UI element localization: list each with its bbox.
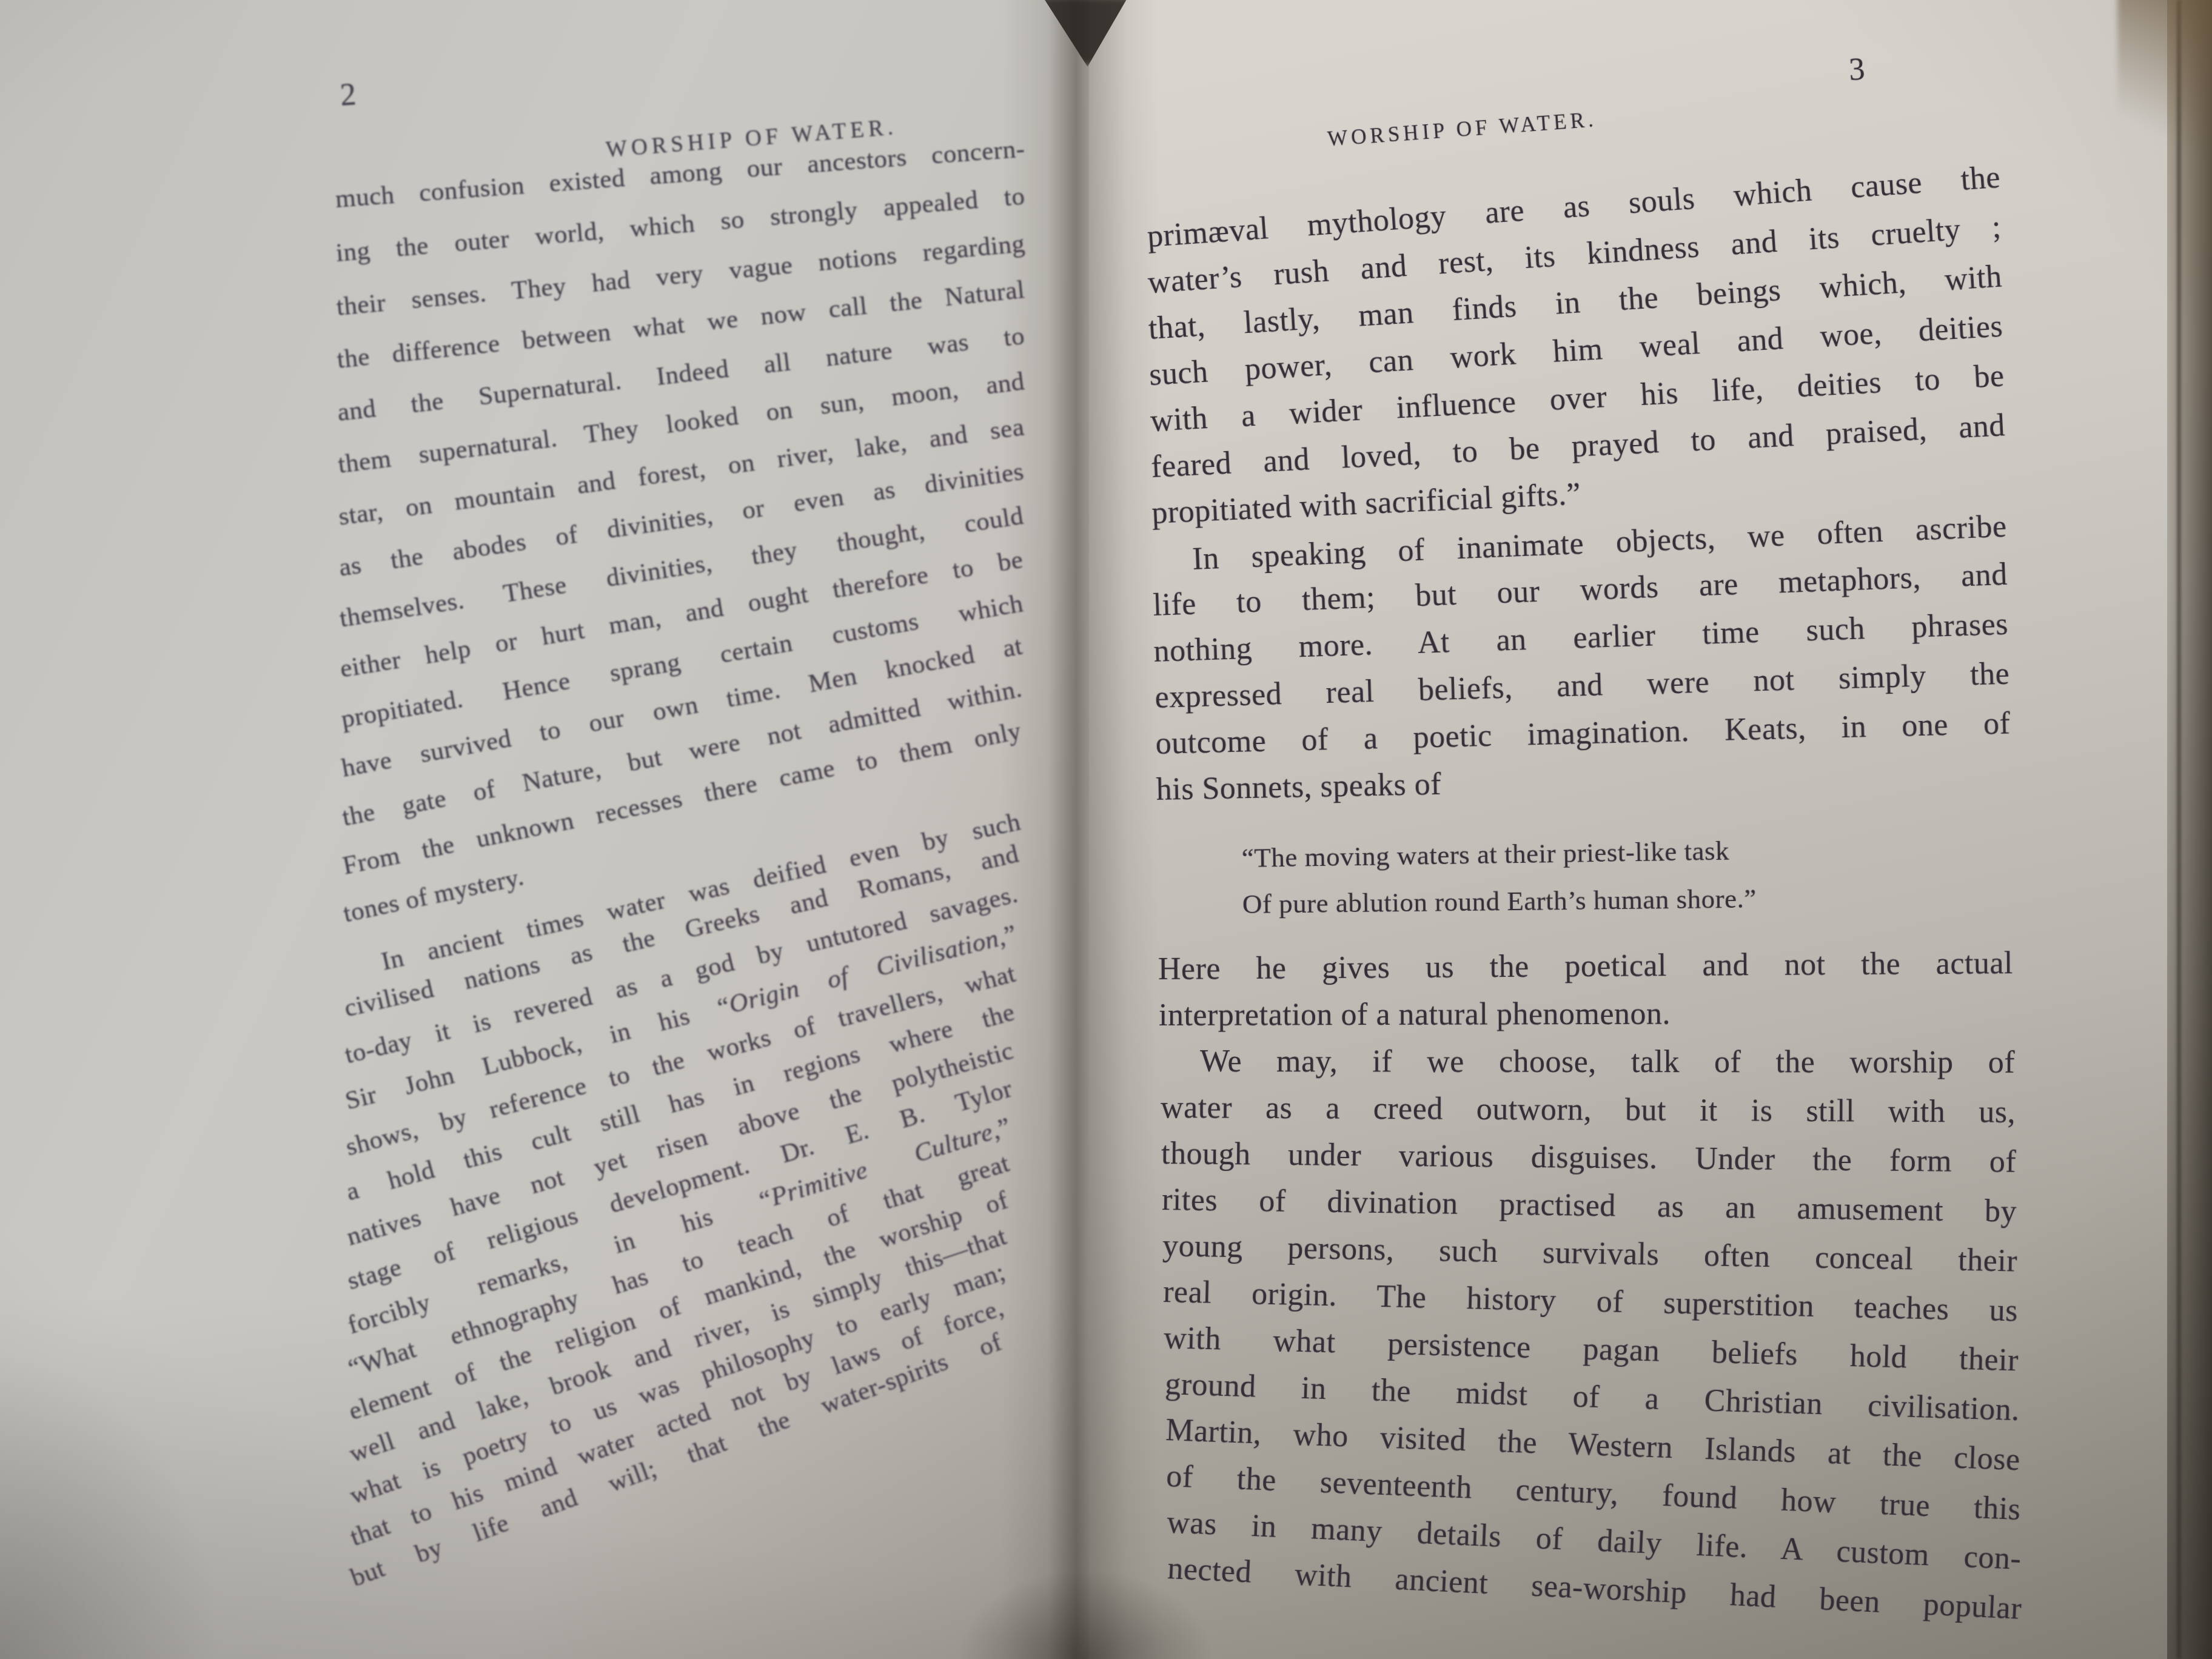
text-line: interpretation of a natural phenomenon. [1159,994,1671,1035]
text-line: “The moving waters at their priest-like … [1241,834,1729,876]
text-line: Of pure ablution round Earth’s human sho… [1242,882,1757,922]
text-line: though under various disguises. Under th… [1161,1134,2017,1182]
text-line: water as a creed outworn, but it is stil… [1161,1088,2016,1132]
text-line: his Sonnets, speaks of [1156,765,1442,809]
text-line: rites of divination practised as an amus… [1162,1180,2017,1232]
right-page-text: primæval mythology are as souls which ca… [0,0,2212,1659]
text-line: young persons, such survivals often conc… [1162,1226,2018,1281]
top-right-corner-shade [2117,0,2212,188]
text-line: Here he gives us the poetical and not th… [1158,943,2013,989]
book-photo: 2 WORSHIP OF WATER. 3 WORSHIP OF WATER. … [0,0,2212,1659]
book-right-edge [2167,0,2212,1659]
text-line: We may, if we choose, talk of the worshi… [1200,1042,2015,1082]
